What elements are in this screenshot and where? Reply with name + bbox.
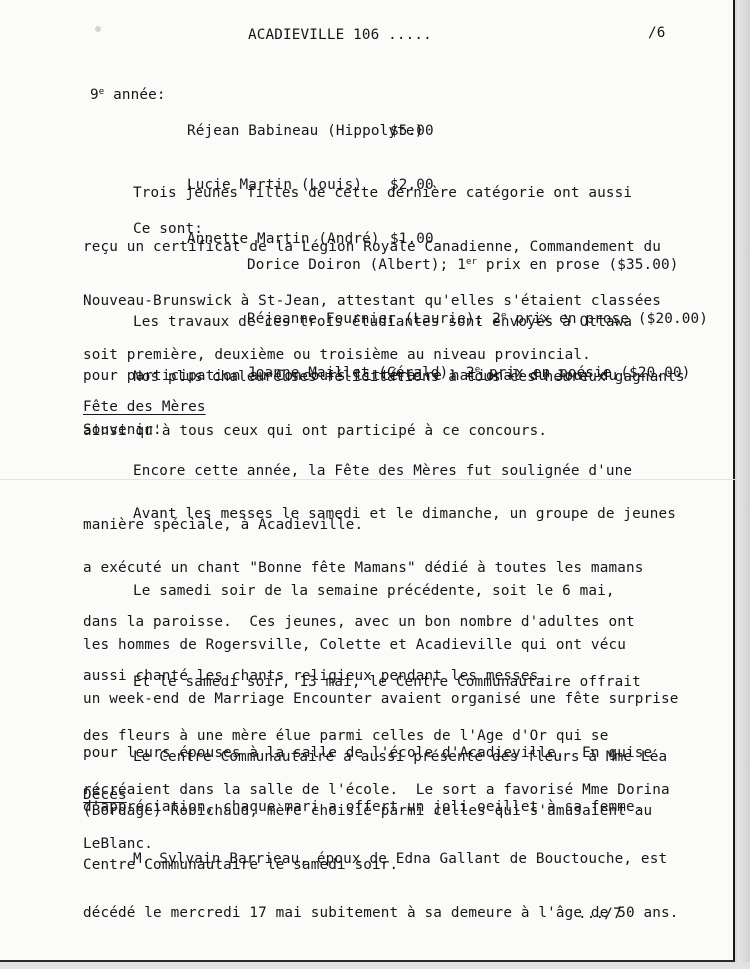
winner-amount: $5.00	[390, 122, 434, 140]
deces-paragraph: M. Sylvain Barrieau, époux de Edna Galla…	[83, 814, 679, 958]
prize-detail: prix en prose ($35.00)	[477, 257, 678, 273]
paragraph-line: Les travaux de ces trois étudiantes sont…	[83, 313, 632, 331]
grade-number: 9	[90, 87, 99, 103]
grade-label: 9e année:	[90, 86, 166, 104]
winner-name: Réjean Babineau (Hippolyte)	[187, 122, 423, 140]
page-header-title: ACADIEVILLE 106 .....	[248, 26, 432, 44]
winners-label: Ce sont:	[133, 220, 203, 238]
paragraph-line: Le samedi soir de la semaine précédente,…	[83, 582, 679, 600]
winner-entry: Dorice Doiron (Albert); 1er prix en pros…	[247, 256, 708, 274]
paragraph-line: Avant les messes le samedi et le dimanch…	[83, 505, 676, 523]
winner-name: Dorice Doiron (Albert);	[247, 257, 457, 273]
paragraph-line: Le Centre Communautaire a aussi présenté…	[83, 748, 667, 766]
page-number: /6	[648, 24, 666, 42]
continued-on-next-page: .../7	[578, 905, 622, 923]
paragraph-line: Et le samedi soir, 13 mai, le Centre Com…	[83, 673, 670, 691]
section-heading-fete-des-meres: Fête des Mères	[83, 398, 206, 416]
section-heading-deces: Décès	[83, 786, 127, 804]
grade-suffix: année:	[104, 87, 165, 103]
paragraph-line: Nos plus chaleureuses félicitations à to…	[83, 368, 685, 386]
prize-ordinal: er	[466, 257, 477, 267]
scan-edge	[737, 0, 750, 969]
paragraph-line: M. Sylvain Barrieau, époux de Edna Galla…	[83, 850, 679, 868]
document-page: ACADIEVILLE 106 ..... /6 9e année: Réjea…	[0, 0, 735, 962]
ink-spot	[95, 26, 101, 32]
scan-bottom-edge	[0, 962, 750, 969]
paragraph-line: Trois jeunes filles de cette dernière ca…	[83, 184, 661, 202]
prize-place: 1	[457, 257, 466, 273]
